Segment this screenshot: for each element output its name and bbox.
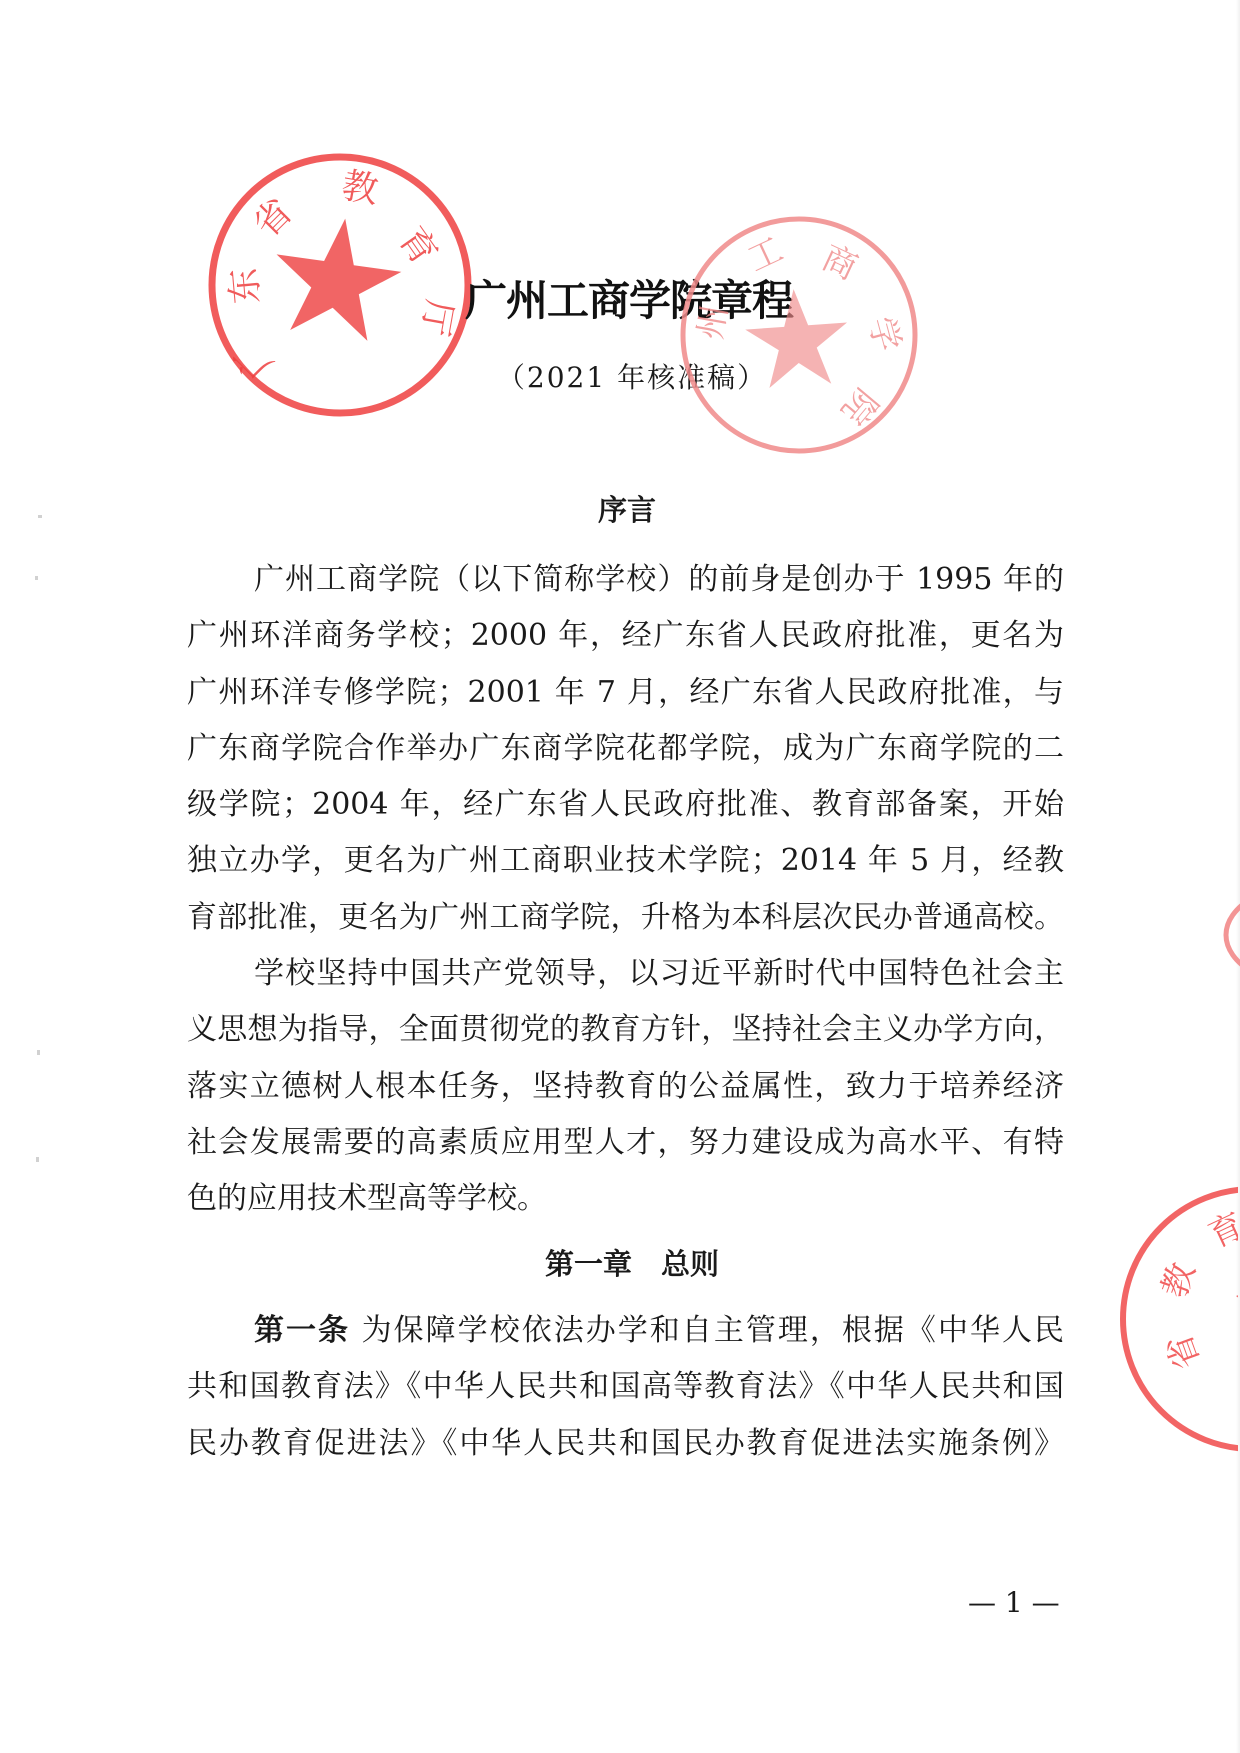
article-text: 为保障学校依法办学和自主管理，根据《中华人民 <box>350 1313 1064 1348</box>
chapter-heading: 第一章 总则 <box>0 1242 1240 1283</box>
seal-char: 教 <box>339 165 382 212</box>
preface-paragraph-2: 学校坚持中国共产党领导，以习近平新时代中国特色社会主 义思想为指导，全面贯彻党的… <box>187 946 1064 1227</box>
text-line: 学校坚持中国共产党领导，以习近平新时代中国特色社会主 <box>187 946 1064 1002</box>
text-line: 第一条 为保障学校依法办学和自主管理，根据《中华人民 <box>187 1303 1064 1359</box>
preface-paragraph-1: 广州工商学院（以下简称学校）的前身是创办于 1995 年的 广州环洋商务学校；2… <box>187 552 1064 946</box>
scan-speck <box>37 1050 40 1055</box>
article-label: 第一条 <box>254 1313 350 1348</box>
text-line: 广州工商学院（以下简称学校）的前身是创办于 1995 年的 <box>187 552 1064 608</box>
text-line: 育部批准，更名为广州工商学院，升格为本科层次民办普通高校。 <box>187 890 1064 946</box>
text-line: 级学院；2004 年，经广东省人民政府批准、教育部备案，开始 <box>187 777 1064 833</box>
text-line: 落实立德树人根本任务，坚持教育的公益属性，致力于培养经济 <box>187 1059 1064 1115</box>
page-number: — 1 — <box>968 1586 1060 1619</box>
text-line: 社会发展需要的高素质应用型人才，努力建设成为高水平、有特 <box>187 1115 1064 1171</box>
document-title: 广州工商学院章程 <box>0 268 1240 328</box>
text-line: 广州环洋专修学院；2001 年 7 月，经广东省人民政府批准，与 <box>187 665 1064 721</box>
seal-char: 省 <box>246 191 300 245</box>
scan-edge <box>1236 0 1240 1753</box>
document-page: 广 东 省 教 育 厅 州 工 商 学 院 <box>0 0 1240 1753</box>
text-line: 民办教育促进法》《中华人民共和国民办教育促进法实施条例》 <box>187 1416 1064 1472</box>
document-subtitle: （2021 年核准稿） <box>0 356 1240 396</box>
text-line: 义思想为指导，全面贯彻党的教育方针，坚持社会主义办学方向， <box>187 1002 1064 1058</box>
article-1: 第一条 为保障学校依法办学和自主管理，根据《中华人民 共和国教育法》《中华人民共… <box>187 1303 1064 1472</box>
edge-partial-seal: 育 教 省 <box>1118 1184 1238 1454</box>
text-line: 共和国教育法》《中华人民共和国高等教育法》《中华人民共和国 <box>187 1359 1064 1415</box>
text-line: 色的应用技术型高等学校。 <box>187 1171 1064 1227</box>
seal-char: 育 <box>390 220 444 273</box>
seal-char: 省 <box>1159 1329 1208 1375</box>
text-line: 广州环洋商务学校；2000 年，经广东省人民政府批准，更名为 <box>187 608 1064 664</box>
scan-speck <box>36 1157 39 1162</box>
preface-heading: 序言 <box>0 488 1240 529</box>
text-line: 广东商学院合作举办广东商学院花都学院，成为广东商学院的二 <box>187 721 1064 777</box>
scan-speck <box>35 576 38 580</box>
college-seal: 州 工 商 学 院 <box>680 214 920 459</box>
text-line: 独立办学，更名为广州工商职业技术学院；2014 年 5 月，经教 <box>187 833 1064 889</box>
